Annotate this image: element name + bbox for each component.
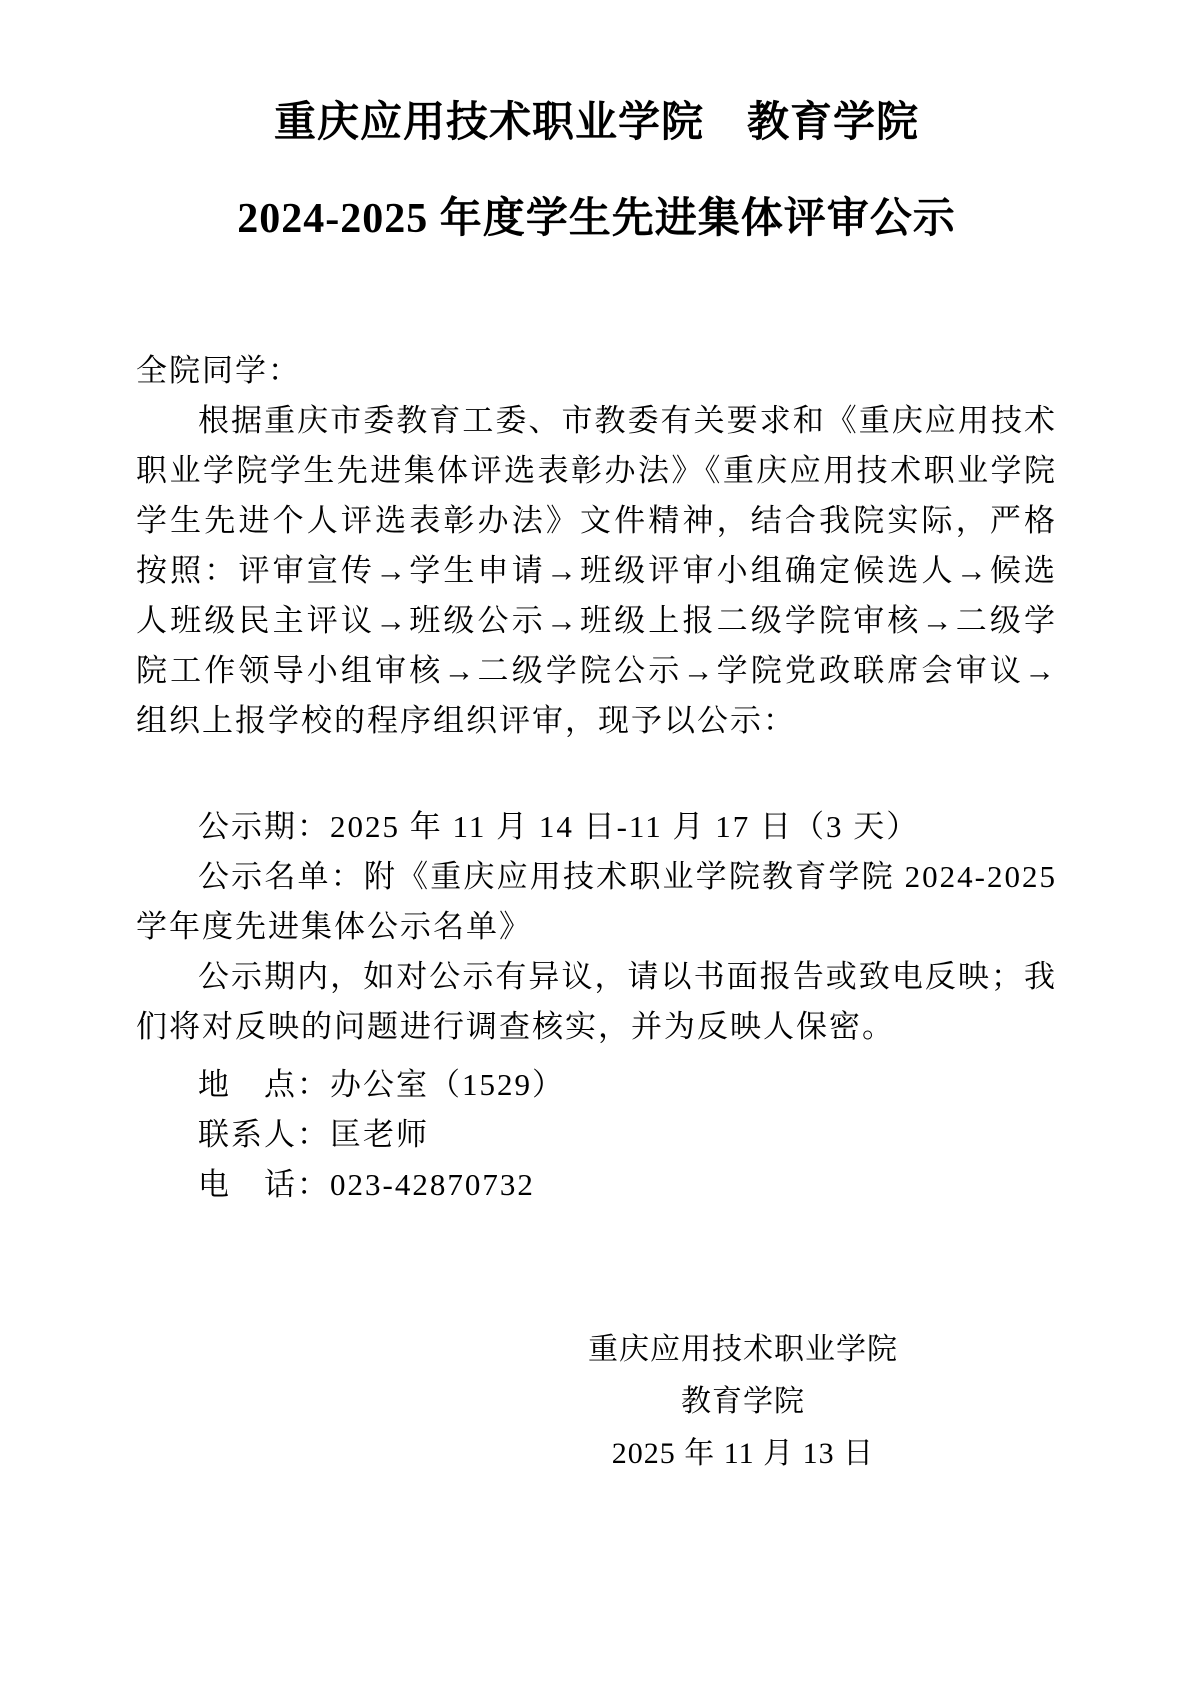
document-page: 重庆应用技术职业学院 教育学院 2024-2025 年度学生先进集体评审公示 全…	[0, 0, 1191, 1684]
signature-org-line1: 重庆应用技术职业学院	[553, 1324, 933, 1376]
phone-line: 电 话：023-42870732	[136, 1160, 1057, 1210]
signature-org-line2: 教育学院	[553, 1376, 933, 1428]
document-title-line1: 重庆应用技术职业学院 教育学院	[136, 100, 1057, 147]
publicity-period-line: 公示期：2025 年 11 月 14 日-11 月 17 日（3 天）	[136, 802, 1057, 852]
signature-date: 2025 年 11 月 13 日	[553, 1428, 933, 1480]
publicity-list-line: 公示名单：附《重庆应用技术职业学院教育学院 2024-2025 学年度先进集体公…	[136, 852, 1057, 952]
document-title-line2: 2024-2025 年度学生先进集体评审公示	[136, 196, 1057, 243]
salutation: 全院同学：	[136, 346, 1057, 396]
signature-block: 重庆应用技术职业学院 教育学院 2025 年 11 月 13 日	[553, 1324, 933, 1480]
objection-note: 公示期内，如对公示有异议，请以书面报告或致电反映；我们将对反映的问题进行调查核实…	[136, 952, 1057, 1052]
intro-paragraph: 根据重庆市委教育工委、市教委有关要求和《重庆应用技术职业学院学生先进集体评选表彰…	[136, 396, 1057, 746]
contact-person-line: 联系人：匡老师	[136, 1110, 1057, 1160]
location-line: 地 点：办公室（1529）	[136, 1060, 1057, 1110]
